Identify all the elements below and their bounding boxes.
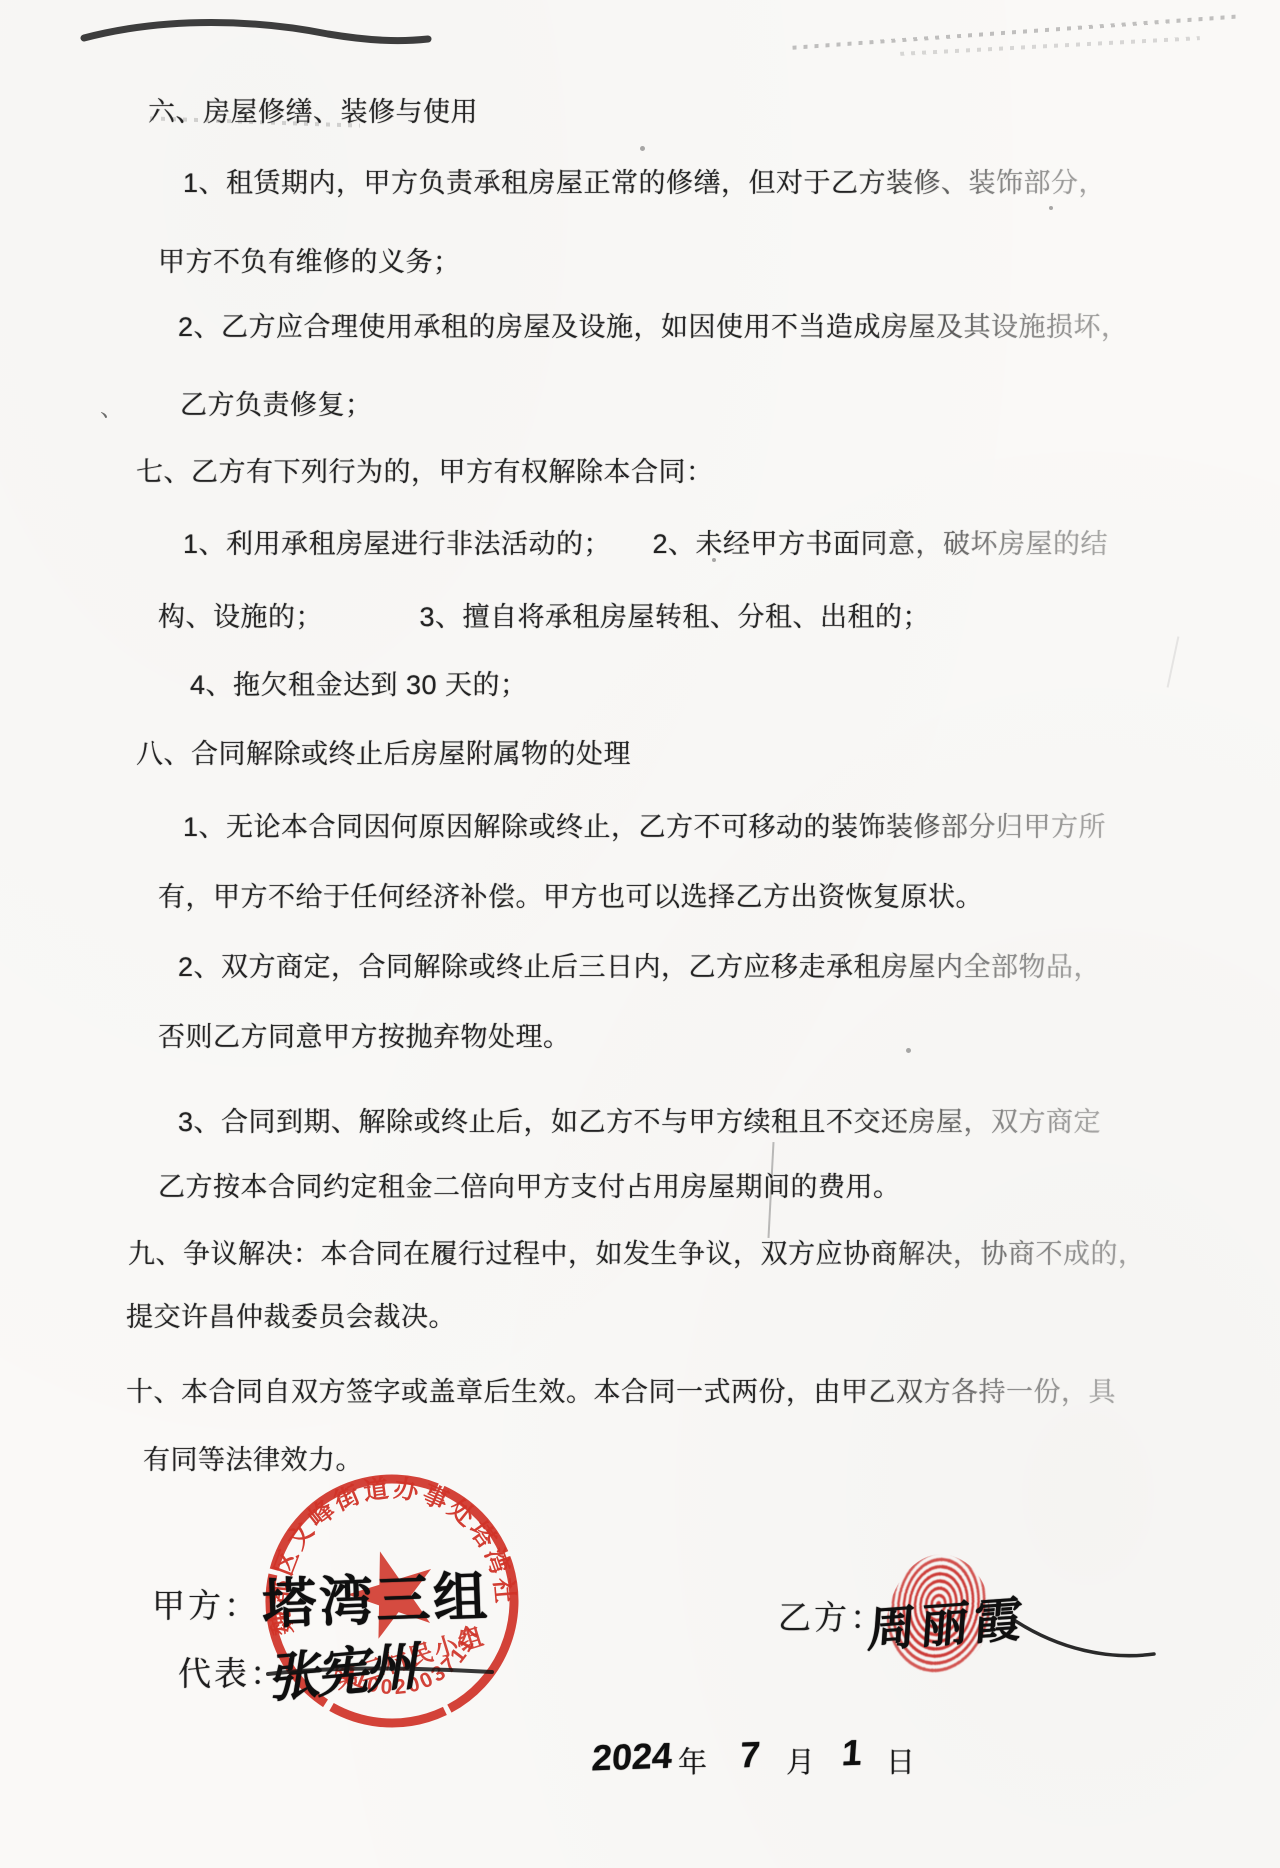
party-b-name-handwritten: 周丽霞 <box>866 1580 1029 1661</box>
section-7-heading: 七、乙方有下列行为的，甲方有权解除本合同： <box>136 455 714 489</box>
date-day-unit: 日 <box>886 1740 915 1781</box>
clause-8-2-cont: 否则乙方同意甲方按抛弃物处理。 <box>158 1020 571 1054</box>
date-year-handwritten: 2024 <box>591 1735 674 1780</box>
section-10-heading: 十、本合同自双方签字或盖章后生效。本合同一式两份，由甲乙双方各持一份，具 <box>126 1375 1116 1409</box>
scan-smudge-top-right-2 <box>900 36 1200 56</box>
clause-6-1-cont: 甲方不负有维修的义务； <box>158 245 461 279</box>
date-month-handwritten: 7 <box>739 1734 762 1777</box>
clause-8-3: 3、合同到期、解除或终止后，如乙方不与甲方续租且不交还房屋，双方商定 <box>178 1105 1101 1139</box>
date-month-unit: 月 <box>786 1740 815 1781</box>
clause-8-2: 2、双方商定，合同解除或终止后三日内，乙方应移走承租房屋内全部物品， <box>178 950 1101 984</box>
section-9-heading: 九、争议解决：本合同在履行过程中，如发生争议，双方应协商解决，协商不成的， <box>128 1237 1146 1271</box>
scan-speck <box>1049 206 1053 210</box>
scan-smudge-top-right <box>792 14 1241 49</box>
clause-6-2: 2、乙方应合理使用承租的房屋及设施，如因使用不当造成房屋及其设施损坏， <box>178 310 1129 344</box>
representative-signature-stroke <box>266 1658 496 1684</box>
date-day-handwritten: 1 <box>841 1732 864 1775</box>
scanned-contract-page: 、 六、房屋修缮、装修与使用 1、租赁期内，甲方负责承租房屋正常的修缮，但对于乙… <box>0 0 1280 1868</box>
clause-8-3-cont: 乙方按本合同约定租金二倍向甲方支付占用房屋期间的费用。 <box>158 1170 901 1204</box>
clause-7-1-2: 1、利用承租房屋进行非法活动的； 2、未经甲方书面同意，破坏房屋的结 <box>183 527 1108 561</box>
date-year-unit: 年 <box>678 1740 707 1781</box>
scan-scratch-2 <box>1167 636 1180 687</box>
clause-8-1: 1、无论本合同因何原因解除或终止，乙方不可移动的装饰装修部分归甲方所 <box>183 810 1106 844</box>
section-9-cont: 提交许昌仲裁委员会裁决。 <box>126 1300 456 1334</box>
clause-6-1: 1、租赁期内，甲方负责承租房屋正常的修缮，但对于乙方装修、装饰部分， <box>183 166 1106 200</box>
scan-speck <box>906 1048 911 1053</box>
scan-speck <box>640 146 645 151</box>
clause-8-1-cont: 有，甲方不给于任何经济补偿。甲方也可以选择乙方出资恢复原状。 <box>158 880 983 914</box>
section-6-heading: 六、房屋修缮、装修与使用 <box>148 95 478 129</box>
clause-6-2-cont: 乙方负责修复； <box>180 388 373 422</box>
clause-7-4: 4、拖欠租金达到 30 天的； <box>190 668 528 702</box>
scan-mark-comma: 、 <box>100 388 124 423</box>
scan-smudge-top-left <box>78 6 438 58</box>
clause-7-2-cont-3: 构、设施的； 3、擅自将承租房屋转租、分租、出租的； <box>158 600 930 634</box>
party-b-signature-tail <box>1010 1608 1160 1668</box>
section-8-heading: 八、合同解除或终止后房屋附属物的处理 <box>136 737 631 771</box>
